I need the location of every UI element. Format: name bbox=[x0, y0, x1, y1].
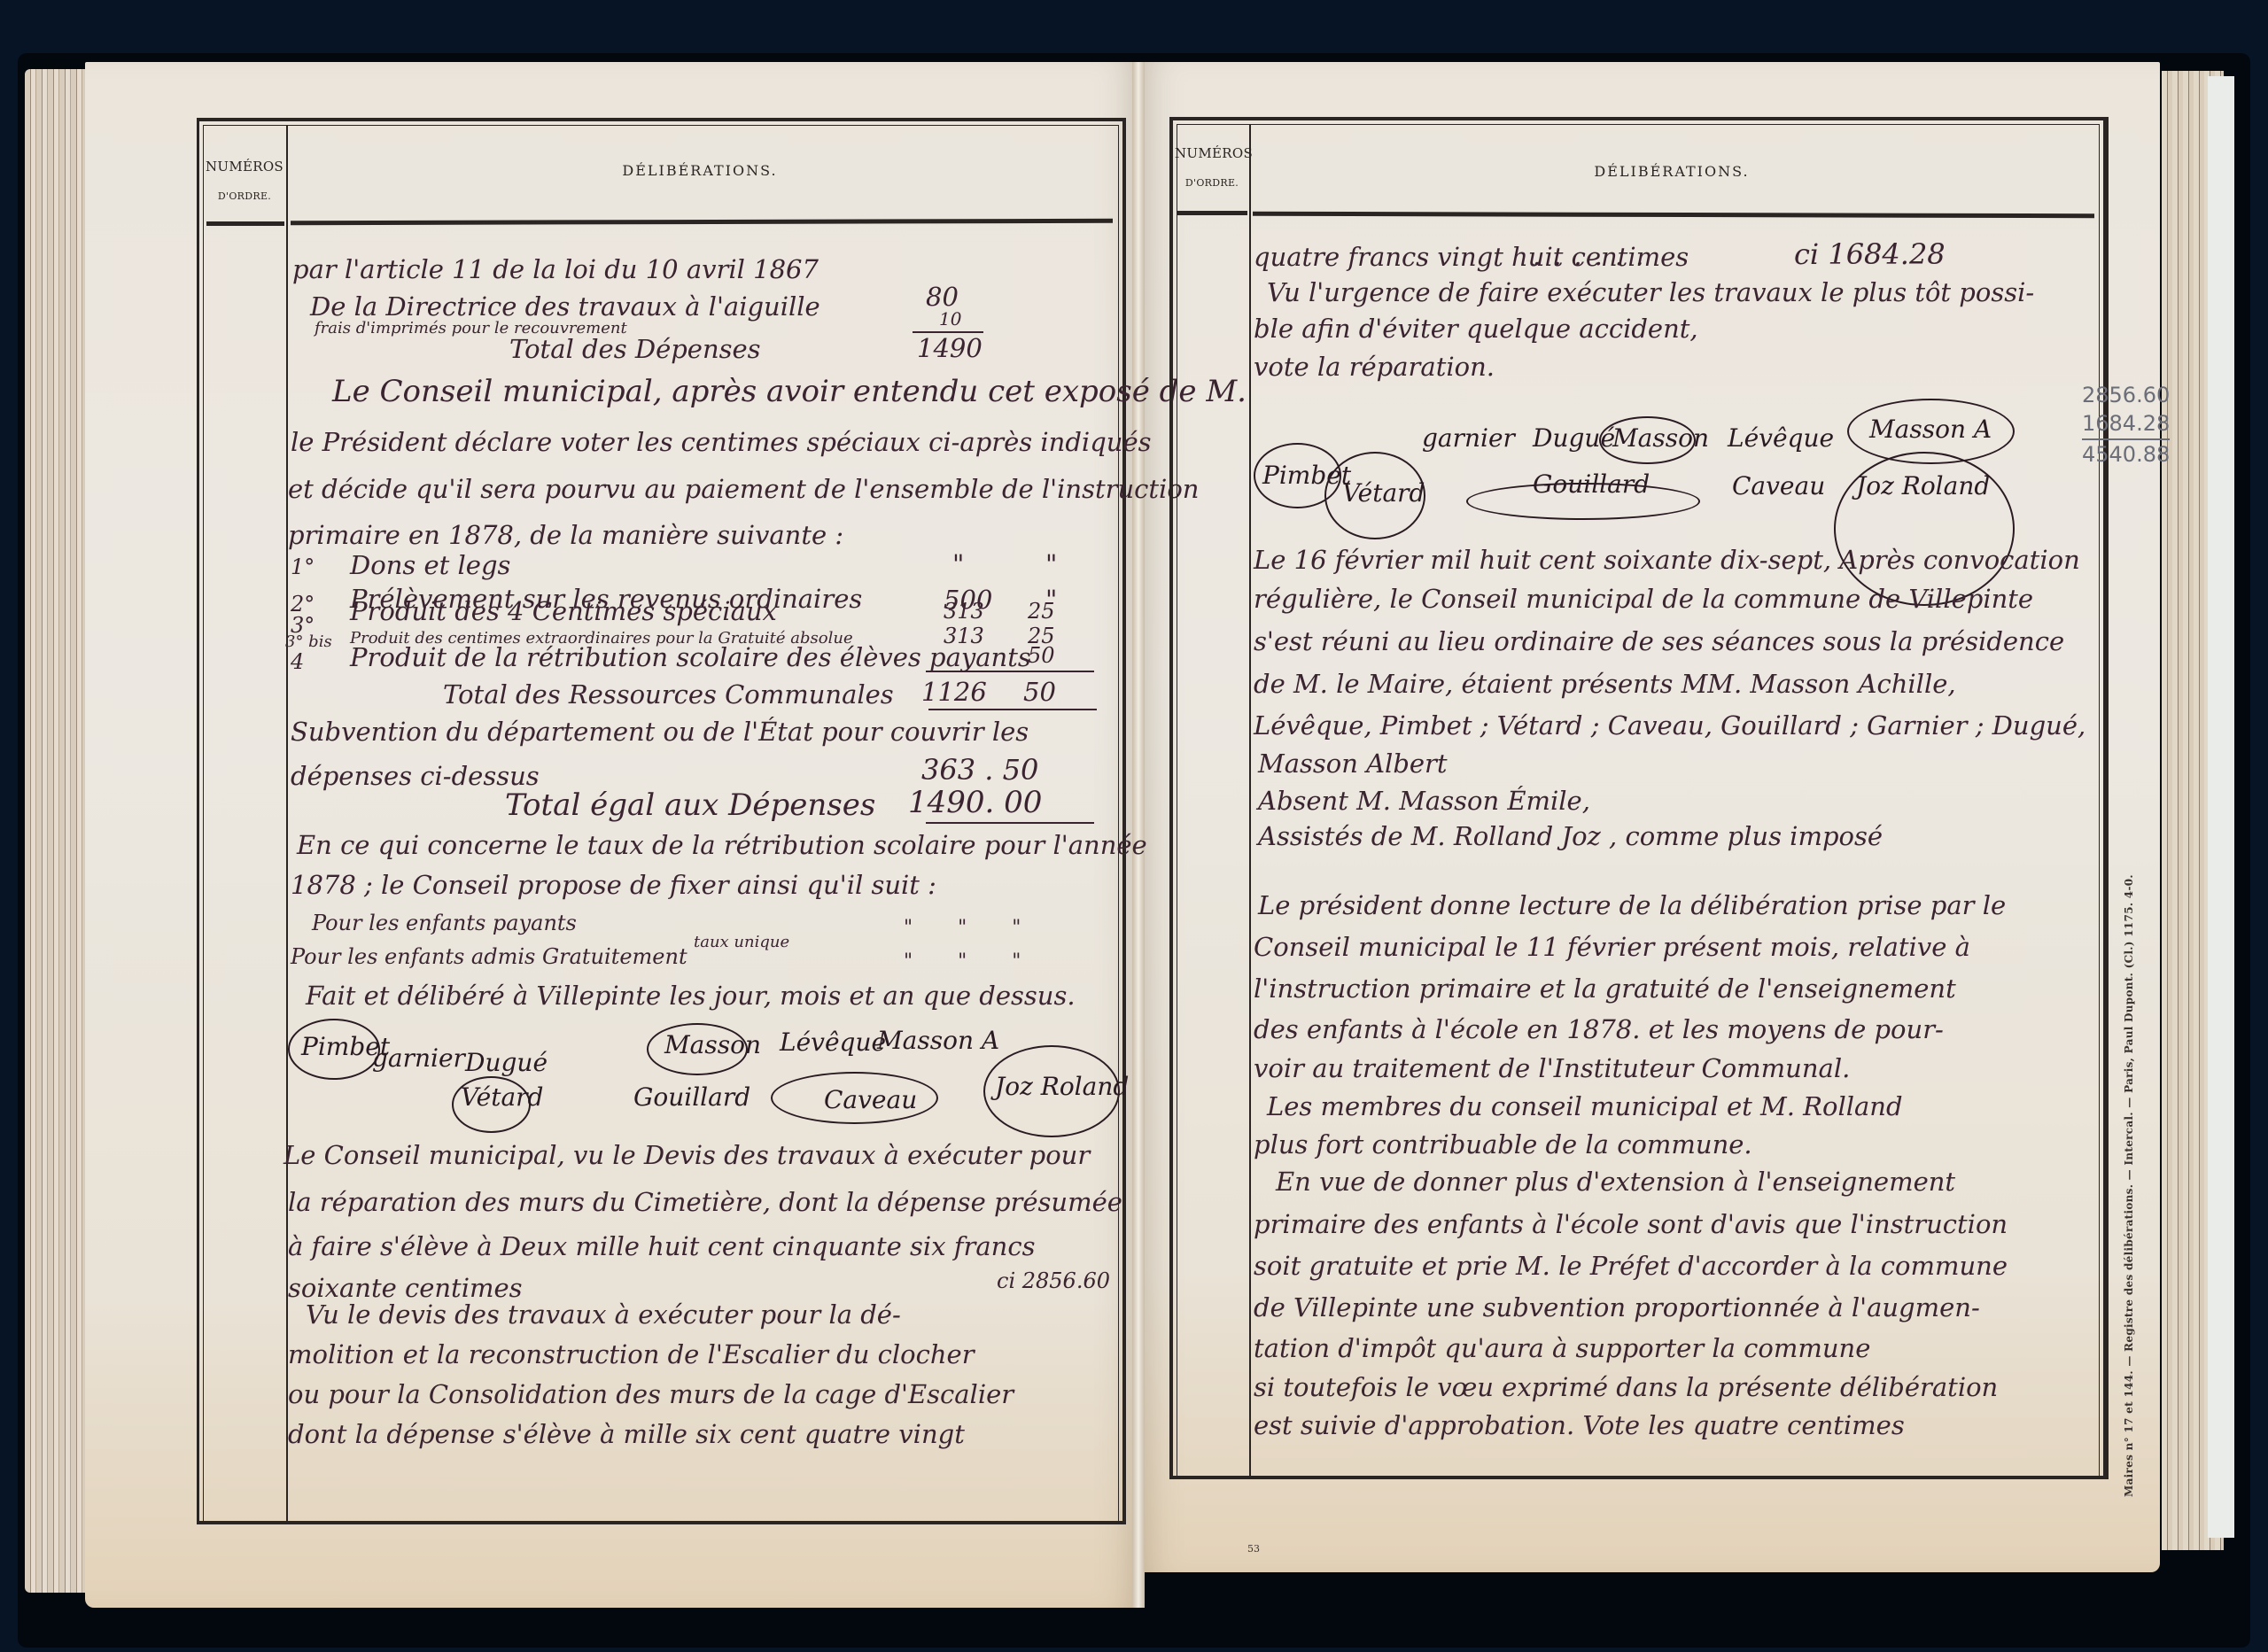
signature: Lévêque bbox=[780, 1028, 886, 1057]
resource-label: Produit des 4 Centimes spéciaux bbox=[350, 599, 777, 624]
resource-num: 3° bis bbox=[285, 634, 332, 650]
cemetery-amount: ci 2856.60 bbox=[997, 1268, 1110, 1293]
amount: 1490 bbox=[917, 333, 983, 363]
retribution-line: En ce qui concerne le taux de la rétribu… bbox=[297, 833, 1147, 858]
right-line: Vu l'urgence de faire exécuter les trava… bbox=[1267, 280, 2034, 306]
retribution-line: 1878 ; le Conseil propose de fixer ainsi… bbox=[291, 873, 936, 898]
sum-rule bbox=[926, 822, 1094, 824]
total-resources-label: Total des Ressources Communales bbox=[443, 682, 894, 708]
header-rule bbox=[1177, 211, 1247, 215]
president-line: plus fort contribuable de la commune. bbox=[1254, 1132, 1752, 1158]
extension-line: En vue de donner plus d'extension à l'en… bbox=[1276, 1169, 1955, 1195]
cemetery-line: à faire s'élève à Deux mille huit cent c… bbox=[288, 1234, 1035, 1260]
right-top-amount: ci 1684.28 bbox=[1794, 237, 1946, 271]
header-numeros: NUMÉROS D'ORDRE. bbox=[1175, 147, 1249, 188]
resource-francs: 313 bbox=[944, 599, 984, 624]
signature: garnier bbox=[372, 1043, 465, 1073]
retribution-line: Fait et délibéré à Villepinte les jour, … bbox=[306, 983, 1076, 1009]
column-separator bbox=[1249, 124, 1251, 1476]
signature: Caveau bbox=[824, 1085, 917, 1114]
signature-flourish bbox=[1466, 483, 1700, 520]
signature: Masson A bbox=[877, 1026, 999, 1055]
signature: Masson A bbox=[1869, 415, 1992, 444]
extension-line: de Villepinte une subvention proportionn… bbox=[1254, 1295, 1980, 1321]
session-line: Masson Albert bbox=[1258, 751, 1448, 777]
president-line: Le président donne lecture de la délibér… bbox=[1258, 893, 2006, 919]
total-equal-amount: 1490. 00 bbox=[908, 785, 1042, 820]
president-line: Les membres du conseil municipal et M. R… bbox=[1267, 1094, 1903, 1120]
ordre-label: D'ORDRE. bbox=[205, 191, 284, 201]
session-line: régulière, le Conseil municipal de la co… bbox=[1254, 586, 2033, 612]
leader-dots: ...... bbox=[1533, 241, 1656, 271]
extension-line: si toutefois le vœu exprimé dans la prés… bbox=[1254, 1375, 1998, 1400]
pencil-value: 2856.60 bbox=[2082, 381, 2170, 409]
president-line: voir au traitement de l'Instituteur Comm… bbox=[1254, 1056, 1850, 1082]
cemetery-line: Le Conseil municipal, vu le Devis des tr… bbox=[283, 1143, 1090, 1168]
left-line: Le Conseil municipal, après avoir entend… bbox=[332, 376, 1247, 407]
header-rule bbox=[206, 221, 284, 226]
retribution-line: Pour les enfants payants bbox=[312, 912, 577, 934]
signature: Lévêque bbox=[1728, 423, 1834, 453]
taux-unique: taux unique bbox=[694, 935, 789, 950]
numeros-label: NUMÉROS bbox=[1175, 145, 1253, 161]
extension-line: tation d'impôt qu'aura à supporter la co… bbox=[1254, 1336, 1870, 1361]
resource-label: Produit de la rétribution scolaire des é… bbox=[350, 645, 1031, 671]
left-line: par l'article 11 de la loi du 10 avril 1… bbox=[292, 257, 819, 283]
subvention-amount: 363 . 50 bbox=[921, 753, 1038, 787]
sum-rule bbox=[928, 709, 1097, 710]
header-numeros: NUMÉROS D'ORDRE. bbox=[205, 160, 284, 201]
left-line: le Président déclare voter les centimes … bbox=[291, 430, 1152, 455]
signature: Joz Roland bbox=[1856, 471, 1990, 500]
cemetery-line: Vu le devis des travaux à exécuter pour … bbox=[306, 1302, 901, 1328]
numeros-label: NUMÉROS bbox=[206, 159, 283, 175]
session-line: Assistés de M. Rolland Joz , comme plus … bbox=[1258, 824, 1883, 849]
president-line: des enfants à l'école en 1878. et les mo… bbox=[1254, 1017, 1944, 1043]
president-line: Conseil municipal le 11 février présent … bbox=[1254, 935, 1970, 960]
total-resources-cents: 50 bbox=[1023, 677, 1056, 707]
retribution-marks: " " " bbox=[904, 917, 1040, 939]
right-line: vote la réparation. bbox=[1254, 354, 1495, 380]
signature: Vétard bbox=[461, 1082, 543, 1112]
subvention-line: dépenses ci-dessus bbox=[291, 764, 540, 789]
session-line: s'est réuni au lieu ordinaire de ses séa… bbox=[1254, 629, 2064, 655]
signature: Dugué bbox=[465, 1048, 548, 1077]
extension-line: soit gratuite et prie M. le Préfet d'acc… bbox=[1254, 1253, 2008, 1279]
pencil-value: 1684.28 bbox=[2082, 409, 2170, 438]
cemetery-line: la réparation des murs du Cimetière, don… bbox=[288, 1190, 1122, 1215]
left-line: De la Directrice des travaux à l'aiguill… bbox=[310, 294, 820, 320]
amount: 80 bbox=[926, 282, 959, 312]
resource-num: 2° bbox=[291, 593, 315, 615]
resource-num: 4 bbox=[291, 651, 304, 672]
cemetery-line: dont la dépense s'élève à mille six cent… bbox=[288, 1422, 965, 1447]
cemetery-line: molition et la reconstruction de l'Escal… bbox=[288, 1342, 975, 1368]
printer-imprint: Maires n° 17 et 144. — Registre des déli… bbox=[2123, 874, 2135, 1497]
left-line: primaire en 1878, de la manière suivante… bbox=[288, 523, 843, 548]
subvention-line: Subvention du département ou de l'État p… bbox=[291, 719, 1029, 745]
signature: Gouillard bbox=[633, 1082, 750, 1112]
header-deliberations: DÉLIBÉRATIONS. bbox=[288, 162, 1112, 179]
resource-cents: " bbox=[1045, 549, 1057, 579]
total-resources-francs: 1126 bbox=[921, 677, 987, 707]
signature: Joz Roland bbox=[995, 1072, 1129, 1101]
resource-francs: " bbox=[952, 549, 964, 579]
session-line: Lévêque, Pimbet ; Vétard ; Caveau, Gouil… bbox=[1254, 713, 2085, 739]
total-equal-label: Total égal aux Dépenses bbox=[505, 790, 875, 820]
page-edge-white bbox=[2208, 76, 2234, 1538]
amount: 10 bbox=[939, 308, 961, 330]
resource-cents: 25 bbox=[1028, 599, 1055, 624]
president-line: l'instruction primaire et la gratuité de… bbox=[1254, 976, 1956, 1002]
resource-label: Dons et legs bbox=[350, 553, 510, 578]
left-line: et décide qu'il sera pourvu au paiement … bbox=[288, 477, 1199, 502]
signature: Masson bbox=[1612, 423, 1709, 453]
session-line: Le 16 février mil huit cent soixante dix… bbox=[1254, 547, 2080, 573]
ordre-label: D'ORDRE. bbox=[1175, 178, 1249, 188]
signature: Masson bbox=[664, 1030, 761, 1059]
pencil-total: 4540.88 bbox=[2082, 438, 2170, 469]
resource-num: 1° bbox=[291, 556, 315, 578]
retribution-line: Pour les enfants admis Gratuitement bbox=[291, 946, 687, 967]
signature: garnier bbox=[1422, 423, 1515, 453]
right-line: ble afin d'éviter quelque accident, bbox=[1254, 316, 1698, 342]
header-deliberations: DÉLIBÉRATIONS. bbox=[1251, 163, 2093, 180]
session-line: de M. le Maire, étaient présents MM. Mas… bbox=[1254, 671, 1956, 697]
session-line: Absent M. Masson Émile, bbox=[1258, 788, 1590, 814]
sum-rule bbox=[926, 671, 1094, 672]
left-line: Total des Dépenses bbox=[509, 337, 761, 362]
signature: Vétard bbox=[1342, 478, 1425, 508]
signature: Caveau bbox=[1732, 471, 1825, 500]
folio-mark: 53 bbox=[1247, 1543, 1260, 1555]
extension-line: est suivie d'approbation. Vote les quatr… bbox=[1254, 1413, 1905, 1439]
pencil-sum: 2856.60 1684.28 4540.88 bbox=[2082, 381, 2170, 469]
cemetery-line: soixante centimes bbox=[288, 1276, 523, 1301]
resource-cents: 50 bbox=[1028, 643, 1055, 668]
retribution-marks: " " " bbox=[904, 950, 1040, 973]
extension-line: primaire des enfants à l'école sont d'av… bbox=[1254, 1212, 2008, 1237]
column-separator bbox=[286, 125, 288, 1521]
cemetery-line: ou pour la Consolidation des murs de la … bbox=[288, 1382, 1014, 1408]
